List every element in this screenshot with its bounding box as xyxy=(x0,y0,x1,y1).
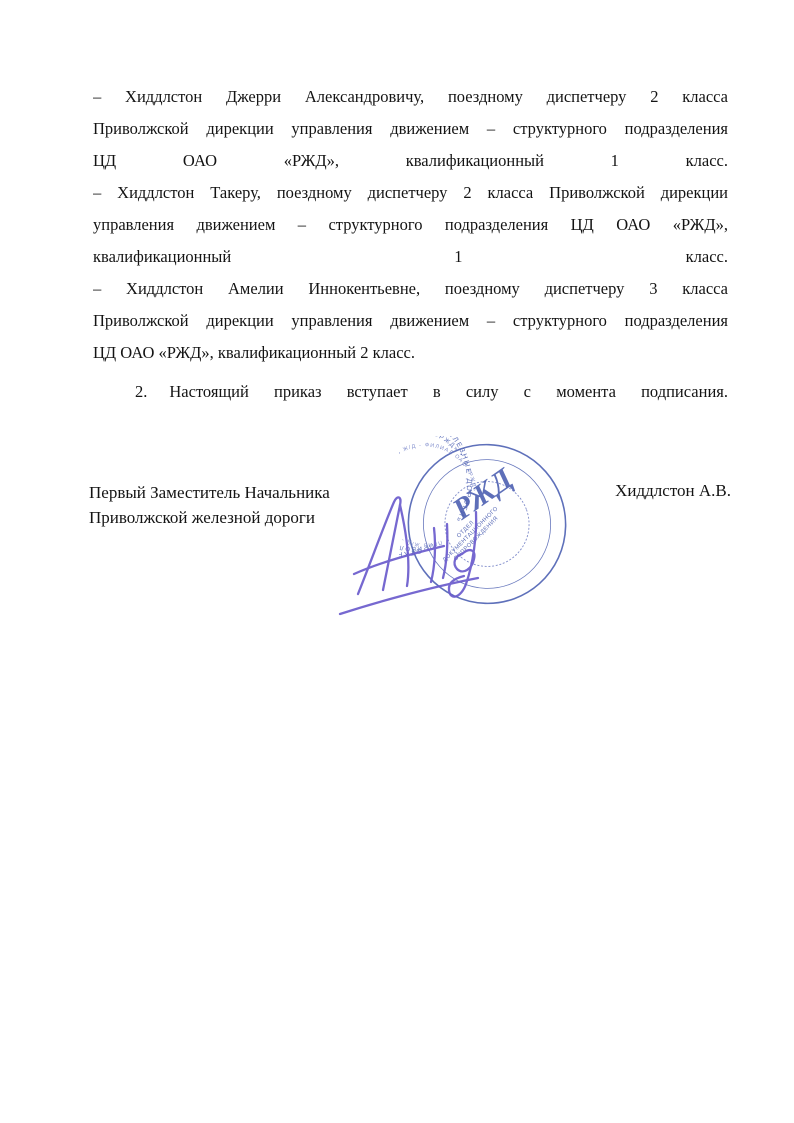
order-line-9: ЦД ОАО «РЖД», квалификационный 2 класс. xyxy=(93,337,728,369)
order-line-2: Приволжской дирекции управления движение… xyxy=(93,113,728,145)
list-item-number: 2. xyxy=(135,382,147,401)
order-line-8: Приволжской дирекции управления движение… xyxy=(93,305,728,337)
signature-stroke xyxy=(358,497,400,594)
signature-stroke xyxy=(443,524,447,578)
order-line-7: – Хиддлстон Амелии Иннокентьевне, поездн… xyxy=(93,273,728,305)
order-body: – Хиддлстон Джерри Александровичу, поезд… xyxy=(93,81,728,408)
order-line-6: квалификационный 1 класс. xyxy=(93,241,728,273)
signatory-title-line-1: Первый Заместитель Начальника xyxy=(89,480,330,505)
order-line-3: ЦД ОАО «РЖД», квалификационный 1 класс. xyxy=(93,145,728,177)
signatory-name: Хиддлстон А.В. xyxy=(615,481,731,501)
signatory-title-line-2: Приволжской железной дороги xyxy=(89,505,330,530)
order-line-4: – Хиддлстон Такеру, поездному диспетчеру… xyxy=(93,177,728,209)
order-line-5: управления движением – структурного подр… xyxy=(93,209,728,241)
signature-stroke xyxy=(431,528,435,582)
order-line-10: 2.Настоящий приказ вступает в силу с мом… xyxy=(93,376,728,408)
signatory-title: Первый Заместитель Начальника Приволжско… xyxy=(89,480,330,530)
signature-stroke xyxy=(400,505,408,586)
order-line-1: – Хиддлстон Джерри Александровичу, поезд… xyxy=(93,81,728,113)
document-page: – Хиддлстон Джерри Александровичу, поезд… xyxy=(0,0,794,1123)
handwritten-signature-ink xyxy=(336,486,486,626)
